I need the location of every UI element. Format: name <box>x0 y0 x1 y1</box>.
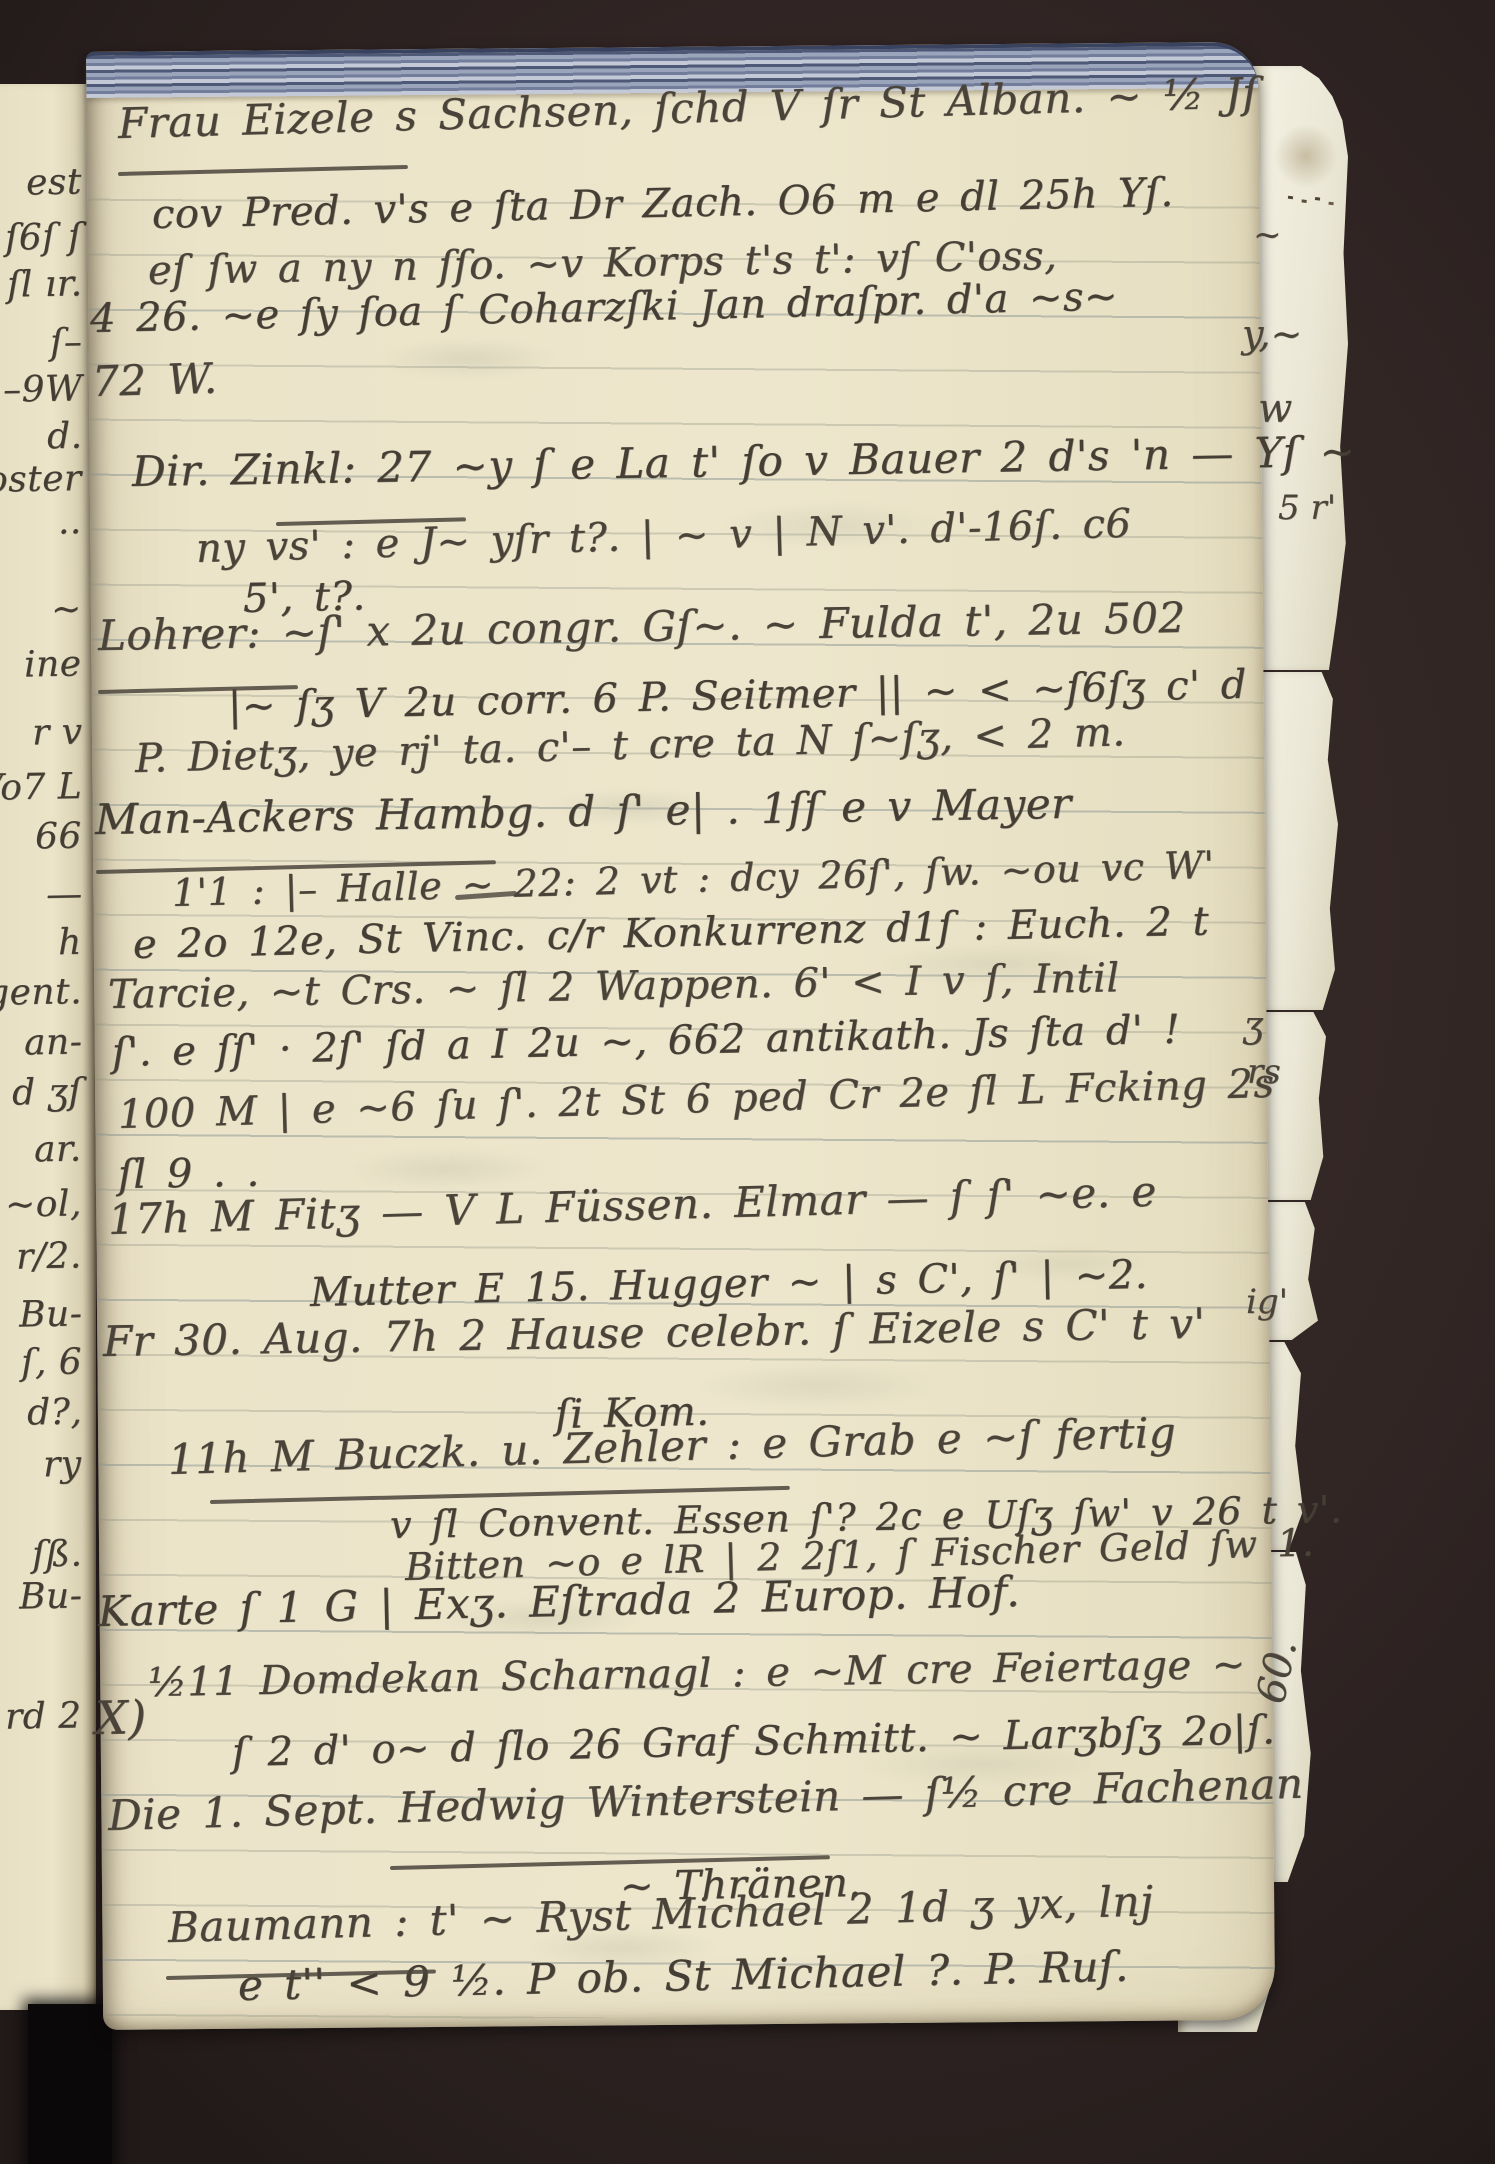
overflow-mark: ʒ <box>1243 1005 1263 1046</box>
handwriting-line: Man-Ackers Hambg. d ſ' e| . 1ſſ e v Maye… <box>95 780 1072 844</box>
handwriting-line: Frau Eizele s Sachsen, ſchd V ſr St Alba… <box>117 69 1259 148</box>
handwriting-layer: Frau Eizele s Sachsen, ſchd V ſr St Alba… <box>0 0 1495 2164</box>
handwriting-line: Dir. Zinkl: 27 ~y ſ e La t' ſo v Bauer 2… <box>132 428 1356 497</box>
handwriting-line: Fr 30. Aug. 7h 2 Hause celebr. ſ Eizele … <box>103 1300 1206 1367</box>
overflow-mark: y,~ <box>1242 312 1302 356</box>
underline-stroke <box>118 165 408 176</box>
page-number-mark: 60. <box>1248 1636 1306 1708</box>
margin-note: X) <box>95 1691 148 1745</box>
handwriting-line: 72 W. <box>91 355 218 407</box>
handwriting-line: cov Pred. v's e ſta Dr Zach. O6 m e dl 2… <box>151 170 1174 238</box>
ink-specks <box>1288 196 1293 200</box>
handwriting-line: ny vs' : e J~ yſr t?. | ~ v | N v'. d'-1… <box>195 501 1132 572</box>
handwriting-line: 100 M | e ~6 ſu ſ'. 2t St 6 ped Cr 2e ſl… <box>117 1061 1275 1138</box>
handwriting-line: ſ'. e ſſ' · 2ſ' ſd a I 2u ~, 662 antikat… <box>111 1007 1180 1076</box>
diary-photo: est ſ6ſ ſ ſl ır. ſ– –9W d. loster ·· ~ i… <box>0 0 1495 2164</box>
overflow-mark: w <box>1258 386 1292 432</box>
handwriting-line: Karte ſ 1 G | Exʒ. Eſtrada 2 Europ. Hof. <box>97 1568 1020 1636</box>
handwriting-line: ½11 Domdekan Scharnagl : e ~M cre Feiert… <box>148 1642 1247 1706</box>
overflow-mark: ~ <box>1253 215 1282 255</box>
overflow-mark: 5 r' <box>1278 488 1336 528</box>
handwriting-line: 17h M Fitʒ — V L Füssen. Elmar — ſ ſ' ~e… <box>107 1168 1157 1245</box>
overflow-mark: rs <box>1247 1052 1281 1092</box>
handwriting-line: e t'' < 9 ½. P ob. St Michael ?. P. Ruſ. <box>237 1943 1129 2011</box>
overflow-mark: ig' <box>1246 1282 1288 1322</box>
